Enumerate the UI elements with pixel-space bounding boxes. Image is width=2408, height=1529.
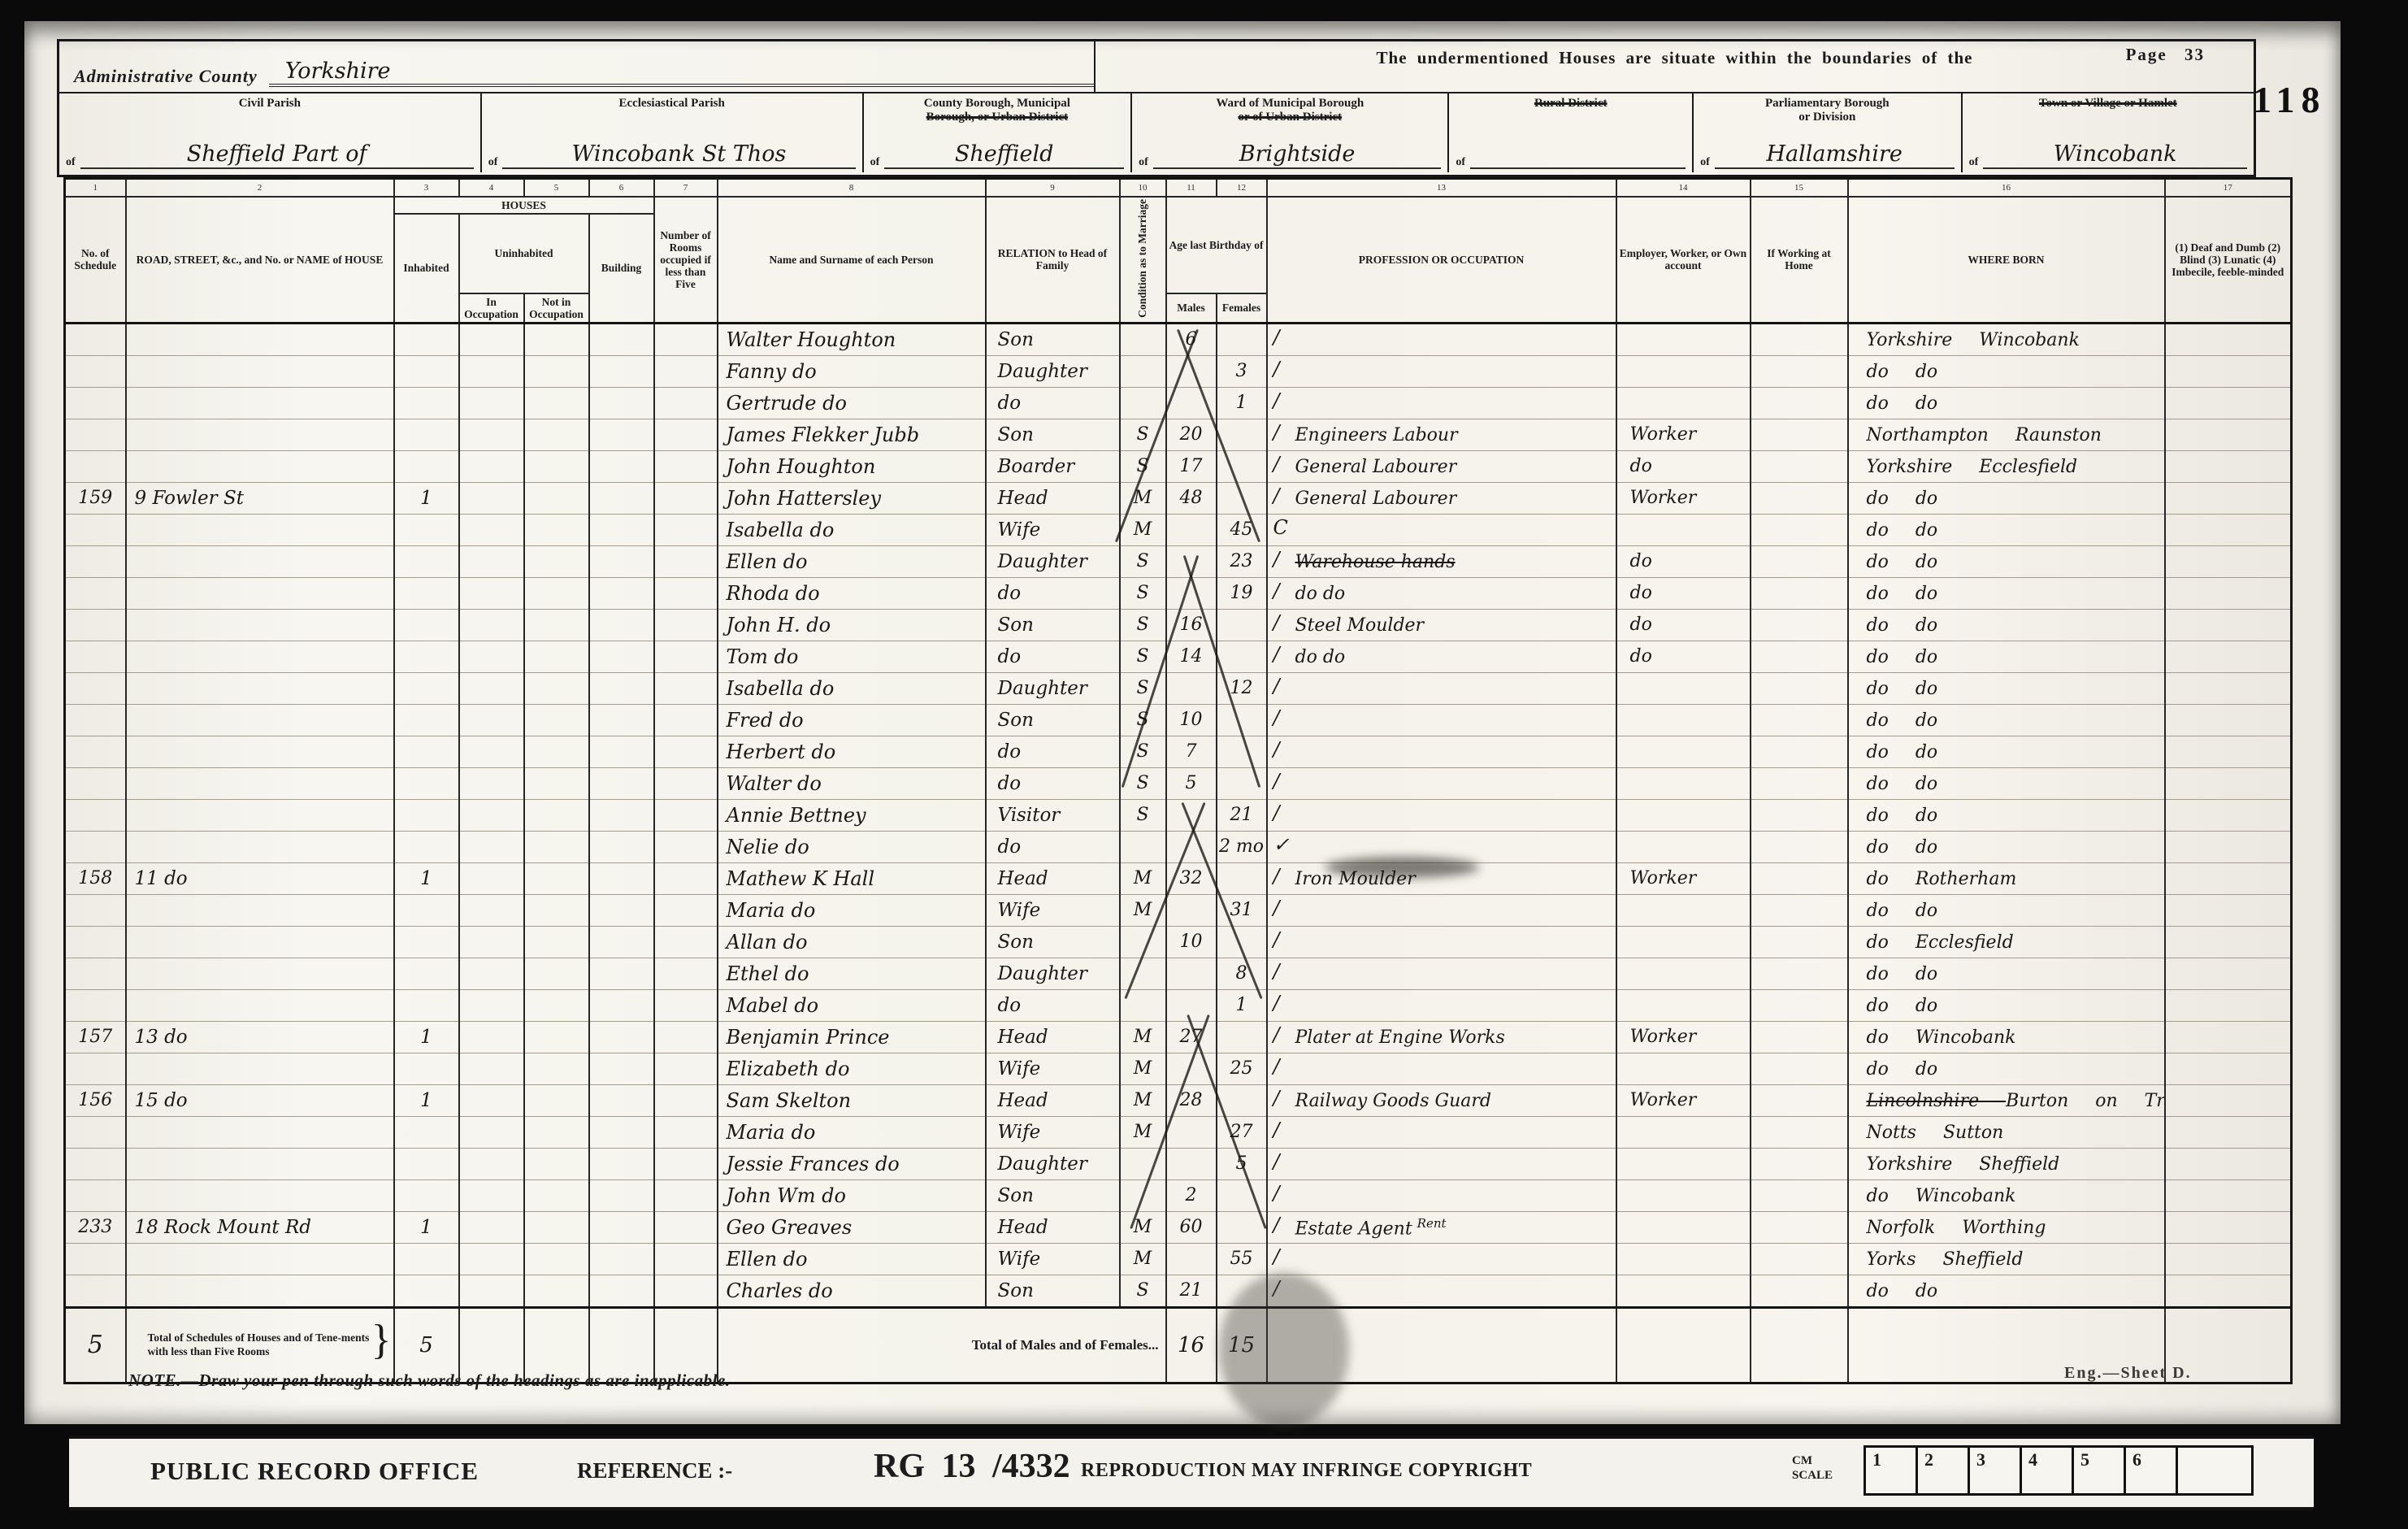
- column-number: 5: [524, 179, 589, 198]
- cell: [524, 355, 589, 387]
- cell: M: [1120, 1021, 1166, 1053]
- cell: S: [1120, 641, 1166, 672]
- cell: 27: [1217, 1116, 1267, 1148]
- born-text: do do: [1867, 552, 1938, 572]
- enumerator-tick: C: [1273, 516, 1288, 539]
- cell: [394, 1243, 459, 1275]
- cell: [459, 1148, 524, 1179]
- cell: Head: [986, 482, 1120, 514]
- cell: do: [1616, 545, 1751, 577]
- cell: do: [986, 767, 1120, 799]
- cell: S: [1120, 609, 1166, 641]
- column-number: 14: [1616, 179, 1751, 198]
- enumerator-tick: /: [1273, 326, 1280, 349]
- col-name-header: Name and Surname of each Person: [718, 197, 986, 323]
- table-row: 15713 do1Benjamin PrinceHeadM27/Plater a…: [65, 1021, 2292, 1053]
- cell: [589, 514, 654, 545]
- occupation-cell: /: [1267, 767, 1616, 799]
- occupation-cell: /do do: [1267, 577, 1616, 609]
- cell: [126, 958, 394, 989]
- cell: [65, 450, 126, 482]
- cm-scale-ruler: 123456: [1863, 1445, 2254, 1496]
- admin-county-label: Administrative County: [74, 66, 258, 87]
- cell: [459, 387, 524, 419]
- cell: John Wm do: [718, 1179, 986, 1211]
- cell: [65, 894, 126, 926]
- cell: Elizabeth do: [718, 1053, 986, 1084]
- born-cell: Yorkshire Sheffield: [1848, 1148, 2165, 1179]
- occupation-text: General Labourer: [1295, 489, 1457, 509]
- cell: [459, 545, 524, 577]
- cell: [65, 609, 126, 641]
- born-cell: do do: [1848, 545, 2165, 577]
- cell: [524, 450, 589, 482]
- cell: [524, 641, 589, 672]
- cell: 48: [1166, 482, 1217, 514]
- occupation-text: Estate Agent: [1295, 1218, 1412, 1239]
- cell: [524, 894, 589, 926]
- cell: Daughter: [986, 1148, 1120, 1179]
- cell: 9 Fowler St: [126, 482, 394, 514]
- cell: 1: [394, 1084, 459, 1116]
- enumerator-tick: /: [1273, 738, 1280, 761]
- born-cell: Yorkshire Wincobank: [1848, 323, 2165, 355]
- cell: [589, 1148, 654, 1179]
- cell: Son: [986, 926, 1120, 958]
- ruler-cell: 2: [1916, 1445, 1968, 1496]
- cell: [1751, 799, 1848, 831]
- cell: [589, 1021, 654, 1053]
- born-text: do do: [1867, 1059, 1938, 1079]
- cell: [654, 767, 718, 799]
- cell: [524, 545, 589, 577]
- situate-line-box: The undermentioned Houses are situate wi…: [1096, 41, 2254, 92]
- cell: [459, 482, 524, 514]
- cell: [1751, 704, 1848, 736]
- cell: Worker: [1616, 1084, 1751, 1116]
- cell: [654, 482, 718, 514]
- occupation-cell: /: [1267, 989, 1616, 1021]
- cell: [1616, 989, 1751, 1021]
- occupation-cell: /: [1267, 1179, 1616, 1211]
- cell: [589, 609, 654, 641]
- cell: Ethel do: [718, 958, 986, 989]
- enumerator-tick: /: [1273, 897, 1280, 919]
- cell: [459, 767, 524, 799]
- cell: [524, 323, 589, 355]
- cell: [589, 736, 654, 767]
- cell: [2165, 514, 2292, 545]
- enumerator-tick: /: [1273, 706, 1280, 729]
- cell: [654, 1275, 718, 1307]
- born-text: do do: [1867, 1281, 1938, 1301]
- enumerator-tick: /: [1273, 1182, 1280, 1205]
- cell: [394, 799, 459, 831]
- cell: [524, 514, 589, 545]
- col-females-header: Females: [1217, 293, 1267, 324]
- cell: [1616, 1243, 1751, 1275]
- cell: [2165, 1211, 2292, 1243]
- enumerator-tick: /: [1273, 1055, 1280, 1078]
- born-cell: Lincolnshire Burton on Trent Staff: [1848, 1084, 2165, 1116]
- col-not-in-occupation-header: Not in Occupation: [524, 293, 589, 324]
- occupation-cell: /: [1267, 1053, 1616, 1084]
- cell: Charles do: [718, 1275, 986, 1307]
- cell: [394, 387, 459, 419]
- table-row: Elizabeth doWifeM25/do do: [65, 1053, 2292, 1084]
- column-number: 7: [654, 179, 718, 198]
- cell: Head: [986, 1211, 1120, 1243]
- cell: [524, 609, 589, 641]
- civil-parish-value: Sheffield Part of: [80, 141, 474, 169]
- cell: [1616, 1307, 1751, 1383]
- cell: [589, 641, 654, 672]
- born-text: Yorks Sheffield: [1867, 1249, 2024, 1270]
- ward-value: Brightside: [1153, 141, 1442, 169]
- cell: [1217, 862, 1267, 894]
- cell: 157: [65, 1021, 126, 1053]
- cell: 21: [1166, 1275, 1217, 1307]
- cell: [394, 1053, 459, 1084]
- table-header: 1234567891011121314151617 No. of Schedul…: [65, 179, 2292, 324]
- cell: do: [1616, 450, 1751, 482]
- ward-label2: or of Urban District: [1132, 111, 1447, 124]
- cell: 159: [65, 482, 126, 514]
- pro-label: PUBLIC RECORD OFFICE: [150, 1457, 479, 1486]
- enumerator-tick: /: [1273, 992, 1280, 1014]
- cell: [654, 672, 718, 704]
- of-label: of: [870, 156, 880, 169]
- occupation-text: do do: [1295, 584, 1346, 604]
- born-cell: do do: [1848, 387, 2165, 419]
- ruler-cell: 5: [2072, 1445, 2124, 1496]
- cell: [1751, 736, 1848, 767]
- occupation-text: Engineers Labour: [1295, 425, 1458, 445]
- cell: [394, 577, 459, 609]
- occupation-cell: /: [1267, 894, 1616, 926]
- cell: [1217, 641, 1267, 672]
- cell: [1751, 1148, 1848, 1179]
- cell: [654, 450, 718, 482]
- occupation-cell: /: [1267, 1148, 1616, 1179]
- cell: 1: [394, 862, 459, 894]
- cell: 18 Rock Mount Rd: [126, 1211, 394, 1243]
- cell: [589, 355, 654, 387]
- cell: [126, 641, 394, 672]
- cell: [1616, 831, 1751, 862]
- column-number: 11: [1166, 179, 1217, 198]
- occupation-cell: /General Labourer: [1267, 482, 1616, 514]
- born-text: do do: [1867, 964, 1938, 984]
- cell: [2165, 577, 2292, 609]
- cell: Head: [986, 1021, 1120, 1053]
- col-rooms-header: Number of Rooms occupied if less than Fi…: [654, 197, 718, 323]
- cell: [2165, 672, 2292, 704]
- cell: [459, 862, 524, 894]
- born-text: do Rotherham: [1867, 869, 2017, 889]
- cell: [524, 1148, 589, 1179]
- born-text: Burton on Trent Staff: [2006, 1091, 2164, 1111]
- cell: 21: [1217, 799, 1267, 831]
- cell: [126, 450, 394, 482]
- cell: [1217, 450, 1267, 482]
- enumerator-tick: /: [1273, 1214, 1280, 1236]
- cell: [126, 1148, 394, 1179]
- cell: [589, 450, 654, 482]
- cell: [394, 926, 459, 958]
- cell: [459, 577, 524, 609]
- cell: Maria do: [718, 894, 986, 926]
- cell: [1120, 323, 1166, 355]
- cell: [394, 641, 459, 672]
- born-cell: do do: [1848, 1053, 2165, 1084]
- cell: [589, 831, 654, 862]
- cell: [1751, 482, 1848, 514]
- column-numbers-row: 1234567891011121314151617: [65, 179, 2292, 198]
- born-text: do do: [1867, 996, 1938, 1016]
- born-struck-text: Lincolnshire: [1867, 1091, 2007, 1111]
- born-cell: do do: [1848, 736, 2165, 767]
- enumerator-tick: /: [1273, 928, 1280, 951]
- cell: [126, 514, 394, 545]
- cell: [126, 323, 394, 355]
- cell: [459, 419, 524, 450]
- cell: [654, 862, 718, 894]
- cell: Tom do: [718, 641, 986, 672]
- cell: [65, 577, 126, 609]
- cell: [1616, 894, 1751, 926]
- cell: [65, 1179, 126, 1211]
- cell: 156: [65, 1084, 126, 1116]
- brace-glyph: }: [371, 1314, 392, 1366]
- cell: [589, 1053, 654, 1084]
- cell: [1166, 894, 1217, 926]
- cell: [1751, 958, 1848, 989]
- cell: [524, 482, 589, 514]
- census-scan: Administrative County Yorkshire The unde…: [0, 0, 2408, 1529]
- occupation-cell: /Estate AgentRent: [1267, 1211, 1616, 1243]
- cell: 6: [1166, 323, 1217, 355]
- ruler-cell: [2176, 1445, 2254, 1496]
- cell: Walter do: [718, 767, 986, 799]
- cell: [589, 1179, 654, 1211]
- cell: [126, 704, 394, 736]
- table-row: Gertrude dodo1/do do: [65, 387, 2292, 419]
- cell: [459, 799, 524, 831]
- of-label: of: [1139, 156, 1148, 169]
- table-row: 23318 Rock Mount Rd1Geo GreavesHeadM60/E…: [65, 1211, 2292, 1243]
- cell: Son: [986, 419, 1120, 450]
- cell: [65, 641, 126, 672]
- cell: S: [1120, 1275, 1166, 1307]
- cell: [2165, 355, 2292, 387]
- enumerator-tick: /: [1273, 865, 1280, 888]
- of-label: of: [488, 156, 498, 169]
- cell: [1616, 1116, 1751, 1148]
- cell: [589, 704, 654, 736]
- cell: [1616, 1148, 1751, 1179]
- enumerator-tick: /: [1273, 1150, 1280, 1173]
- cell: Fanny do: [718, 355, 986, 387]
- cell: [1616, 355, 1751, 387]
- cell: [65, 672, 126, 704]
- col-houses-header: HOUSES: [394, 197, 654, 214]
- cell: [524, 736, 589, 767]
- column-number: 16: [1848, 179, 2165, 198]
- cell: [2165, 419, 2292, 450]
- column-number: 3: [394, 179, 459, 198]
- cell: [459, 672, 524, 704]
- cell: James Flekker Jubb: [718, 419, 986, 450]
- footnote: NOTE.—Draw your pen through such words o…: [128, 1370, 731, 1391]
- cell: M: [1120, 1116, 1166, 1148]
- cell: [2165, 450, 2292, 482]
- table-row: Ellen doDaughterS23/Warehouse handsdodo …: [65, 545, 2292, 577]
- enumerator-tick: ✓: [1273, 833, 1290, 856]
- column-number: 15: [1751, 179, 1848, 198]
- males-total: 16: [1166, 1307, 1217, 1383]
- cell: [1217, 1211, 1267, 1243]
- born-cell: do do: [1848, 989, 2165, 1021]
- born-text: do do: [1867, 679, 1938, 699]
- occupation-cell: /Plater at Engine Works: [1267, 1021, 1616, 1053]
- cell: S: [1120, 545, 1166, 577]
- cell: [459, 736, 524, 767]
- enumerator-tick: /: [1273, 1119, 1280, 1141]
- cell: [2165, 1053, 2292, 1084]
- cell: Herbert do: [718, 736, 986, 767]
- cell: [1751, 767, 1848, 799]
- table-row: Isabella doWifeM45Cdo do: [65, 514, 2292, 545]
- cell: [1751, 355, 1848, 387]
- enumerator-tick: /: [1273, 389, 1280, 412]
- cell: [459, 450, 524, 482]
- enumerator-tick: /: [1273, 960, 1280, 983]
- occupation-cell: /: [1267, 958, 1616, 989]
- cell: 11 do: [126, 862, 394, 894]
- enumerator-tick: /: [1273, 770, 1280, 793]
- born-text: Yorkshire Wincobank: [1867, 330, 2080, 350]
- cell: [524, 1021, 589, 1053]
- cell: [589, 577, 654, 609]
- enumerator-tick: /: [1273, 801, 1280, 824]
- born-cell: do Ecclesfield: [1848, 926, 2165, 958]
- cell: [524, 767, 589, 799]
- cell: [589, 894, 654, 926]
- cell: [65, 1148, 126, 1179]
- born-text: do Wincobank: [1867, 1186, 2016, 1206]
- column-number: 17: [2165, 179, 2292, 198]
- copyright-notice: REPRODUCTION MAY INFRINGE COPYRIGHT: [1081, 1460, 1532, 1482]
- census-sheet: Administrative County Yorkshire The unde…: [24, 21, 2341, 1424]
- cell: [394, 1148, 459, 1179]
- enumeration-table: 1234567891011121314151617 No. of Schedul…: [63, 177, 2293, 1384]
- occupation-text: Warehouse hands: [1295, 552, 1456, 572]
- occupation-cell: C: [1267, 514, 1616, 545]
- cell: [459, 831, 524, 862]
- column-number: 1: [65, 179, 126, 198]
- cell: [1616, 799, 1751, 831]
- cell: John Houghton: [718, 450, 986, 482]
- born-cell: do do: [1848, 482, 2165, 514]
- cell: [65, 831, 126, 862]
- cell: [524, 704, 589, 736]
- cell: [1751, 1053, 1848, 1084]
- enumerator-tick: /: [1273, 453, 1280, 476]
- cell: [126, 894, 394, 926]
- cell: [654, 1179, 718, 1211]
- cell: 2: [1166, 1179, 1217, 1211]
- cell: [394, 672, 459, 704]
- table-row: Walter HoughtonSon6/Yorkshire Wincobank: [65, 323, 2292, 355]
- cell: [1751, 1084, 1848, 1116]
- table-row: Fred doSonS10/do do: [65, 704, 2292, 736]
- born-cell: Yorks Sheffield: [1848, 1243, 2165, 1275]
- cell: Gertrude do: [718, 387, 986, 419]
- cell: [126, 355, 394, 387]
- cell: [654, 831, 718, 862]
- cell: [459, 1275, 524, 1307]
- cell: [459, 1211, 524, 1243]
- cell: [654, 323, 718, 355]
- cell: [654, 514, 718, 545]
- occupation-cell: /: [1267, 736, 1616, 767]
- cell: [459, 894, 524, 926]
- cell: S: [1120, 799, 1166, 831]
- cell: [589, 545, 654, 577]
- rural-district-label: Rural District: [1449, 97, 1692, 111]
- born-cell: do do: [1848, 1275, 2165, 1307]
- admin-county-row: Administrative County Yorkshire The unde…: [59, 41, 2254, 93]
- cell: [1751, 862, 1848, 894]
- cell: Wife: [986, 894, 1120, 926]
- cell: [65, 989, 126, 1021]
- enumerator-tick: /: [1273, 548, 1280, 571]
- cell: [126, 1053, 394, 1084]
- cell: [1166, 514, 1217, 545]
- cell: M: [1120, 1243, 1166, 1275]
- cell: [126, 609, 394, 641]
- born-text: Notts Sutton: [1867, 1123, 2004, 1143]
- cell: [1166, 1116, 1217, 1148]
- table-row: Isabella doDaughterS12/do do: [65, 672, 2292, 704]
- cell: John Hattersley: [718, 482, 986, 514]
- cell: [1751, 450, 1848, 482]
- admin-county-value: Yorkshire: [269, 59, 1094, 87]
- cell: [65, 736, 126, 767]
- cell: Son: [986, 1275, 1120, 1307]
- cell: [126, 926, 394, 958]
- cell: [126, 989, 394, 1021]
- cell: [2165, 1243, 2292, 1275]
- cell: [654, 545, 718, 577]
- cell: [394, 1116, 459, 1148]
- cell: 8: [1217, 958, 1267, 989]
- cell: [589, 989, 654, 1021]
- occupation-cell: /Engineers Labour: [1267, 419, 1616, 450]
- cell: [459, 323, 524, 355]
- county-borough-box: County Borough, Municipal Borough, or Ur…: [862, 93, 1131, 172]
- cell: [589, 1243, 654, 1275]
- born-text: do do: [1867, 774, 1938, 794]
- cell: [2165, 323, 2292, 355]
- cell: do: [1616, 609, 1751, 641]
- born-text: Yorkshire Ecclesfield: [1867, 457, 2078, 477]
- column-number: 2: [126, 179, 394, 198]
- cell: [65, 545, 126, 577]
- cell: [524, 1084, 589, 1116]
- table-row: 1599 Fowler St1John HattersleyHeadM48/Ge…: [65, 482, 2292, 514]
